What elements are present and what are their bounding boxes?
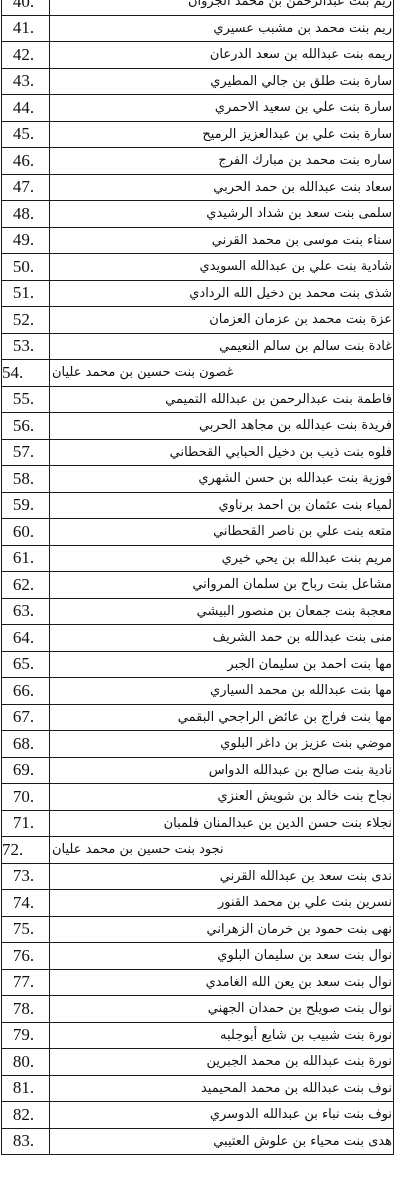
table-row: 65.مها بنت احمد بن سليمان الجبر: [2, 651, 394, 678]
row-number: 60.: [2, 519, 50, 546]
table-row: 83.هدى بنت محياء بن علوش العتيبي: [2, 1128, 394, 1155]
person-name-cell: منى بنت عبدالله بن حمد الشريف: [50, 625, 394, 652]
person-name-cell: مشاعل بنت رباح بن سلمان المرواني: [50, 572, 394, 599]
table-row: 62.مشاعل بنت رباح بن سلمان المرواني: [2, 572, 394, 599]
person-name-cell: نورة بنت عبدالله بن محمد الجبرين: [50, 1049, 394, 1076]
person-name-cell: سعاد بنت عبدالله بن حمد الحربي: [50, 174, 394, 201]
row-number: 68.: [2, 731, 50, 758]
table-row: 81.نوف بنت عبدالله بن محمد المحيميد: [2, 1075, 394, 1102]
person-name-cell: معجبة بنت جمعان بن منصور البيشي: [50, 598, 394, 625]
names-table-body: 40.ريم بنت عبدالرحمن بن محمد الجروان41.ر…: [2, 0, 394, 1155]
person-name-cell: فاطمة بنت عبدالرحمن بن عبدالله التميمي: [50, 386, 394, 413]
person-name-cell: نادية بنت صالح بن عبدالله الدواس: [50, 757, 394, 784]
row-number: 44.: [2, 95, 50, 122]
person-name-cell: موضي بنت عزيز بن داغر البلوي: [50, 731, 394, 758]
table-row: 68.موضي بنت عزيز بن داغر البلوي: [2, 731, 394, 758]
row-number: 72.: [2, 837, 50, 864]
person-name-cell: لمياء بنت عثمان بن احمد برناوي: [50, 492, 394, 519]
table-row: 66.مها بنت عبدالله بن محمد السياري: [2, 678, 394, 705]
table-row: 76.نوال بنت سعد بن سليمان البلوي: [2, 943, 394, 970]
table-row: 71.نجلاء بنت حسن الدين بن عبدالمنان فلمب…: [2, 810, 394, 837]
row-number: 64.: [2, 625, 50, 652]
table-row: 80.نورة بنت عبدالله بن محمد الجبرين: [2, 1049, 394, 1076]
row-number: 47.: [2, 174, 50, 201]
person-name-cell: سارة بنت علي بن سعيد الاحمري: [50, 95, 394, 122]
person-name-cell: نجاح بنت خالد بن شويش العنزي: [50, 784, 394, 811]
table-row: 43.سارة بنت طلق بن جالي المطيري: [2, 68, 394, 95]
person-name-cell: نورة بنت شبيب بن شايع أبوجلبه: [50, 1022, 394, 1049]
table-row: 45.سارة بنت علي بن عبدالعزيز الرميح: [2, 121, 394, 148]
person-name-cell: غصون بنت حسين بن محمد عليان: [50, 360, 394, 387]
row-number: 57.: [2, 439, 50, 466]
row-number: 63.: [2, 598, 50, 625]
person-name-cell: متعه بنت علي بن ناصر القحطاني: [50, 519, 394, 546]
row-number: 73.: [2, 863, 50, 890]
person-name-cell: فريدة بنت عبدالله بن مجاهد الحربي: [50, 413, 394, 440]
person-name-cell: سلمى بنت سعد بن شداد الرشيدي: [50, 201, 394, 228]
row-number: 40.: [2, 0, 50, 15]
table-row: 54.غصون بنت حسين بن محمد عليان: [2, 360, 394, 387]
row-number: 52.: [2, 307, 50, 334]
row-number: 75.: [2, 916, 50, 943]
person-name-cell: شادية بنت علي بن عبدالله السويدي: [50, 254, 394, 281]
table-row: 56.فريدة بنت عبدالله بن مجاهد الحربي: [2, 413, 394, 440]
row-number: 51.: [2, 280, 50, 307]
table-row: 57.فلوه بنت ذيب بن دخيل الحبابي القحطاني: [2, 439, 394, 466]
person-name-cell: مريم بنت عبدالله بن يحي خيري: [50, 545, 394, 572]
person-name-cell: نوال بنت سعد بن سليمان البلوي: [50, 943, 394, 970]
row-number: 80.: [2, 1049, 50, 1076]
person-name-cell: مها بنت فراج بن عائض الراجحي البقمي: [50, 704, 394, 731]
row-number: 82.: [2, 1102, 50, 1129]
table-row: 44.سارة بنت علي بن سعيد الاحمري: [2, 95, 394, 122]
row-number: 48.: [2, 201, 50, 228]
table-row: 63.معجبة بنت جمعان بن منصور البيشي: [2, 598, 394, 625]
person-name-cell: نوال بنت صويلح بن حمدان الجهني: [50, 996, 394, 1023]
row-number: 53.: [2, 333, 50, 360]
table-row: 42.ريمه بنت عبدالله بن سعد الدرعان: [2, 42, 394, 69]
row-number: 43.: [2, 68, 50, 95]
table-row: 53.غادة بنت سالم بن سالم النعيمي: [2, 333, 394, 360]
row-number: 65.: [2, 651, 50, 678]
person-name: غصون بنت حسين بن محمد عليان: [52, 365, 233, 380]
table-row: 61.مريم بنت عبدالله بن يحي خيري: [2, 545, 394, 572]
table-row: 64.منى بنت عبدالله بن حمد الشريف: [2, 625, 394, 652]
row-number: 77.: [2, 969, 50, 996]
table-row: 79.نورة بنت شبيب بن شايع أبوجلبه: [2, 1022, 394, 1049]
row-number: 54.: [2, 360, 50, 387]
person-name-cell: سارة بنت علي بن عبدالعزيز الرميح: [50, 121, 394, 148]
table-row: 55.فاطمة بنت عبدالرحمن بن عبدالله التميم…: [2, 386, 394, 413]
person-name-cell: سارة بنت طلق بن جالي المطيري: [50, 68, 394, 95]
person-name-cell: عزة بنت محمد بن عزمان العزمان: [50, 307, 394, 334]
table-row: 59.لمياء بنت عثمان بن احمد برناوي: [2, 492, 394, 519]
person-name-cell: ريم بنت عبدالرحمن بن محمد الجروان: [50, 0, 394, 15]
person-name-cell: فلوه بنت ذيب بن دخيل الحبابي القحطاني: [50, 439, 394, 466]
row-number: 83.: [2, 1128, 50, 1155]
table-row: 74.نسرين بنت علي بن محمد القنور: [2, 890, 394, 917]
row-number: 50.: [2, 254, 50, 281]
row-number: 67.: [2, 704, 50, 731]
table-row: 72.نجود بنت حسين بن محمد عليان: [2, 837, 394, 864]
person-name-cell: نسرين بنت علي بن محمد القنور: [50, 890, 394, 917]
row-number: 71.: [2, 810, 50, 837]
table-row: 47.سعاد بنت عبدالله بن حمد الحربي: [2, 174, 394, 201]
person-name-cell: ندى بنت سعد بن عبدالله القرني: [50, 863, 394, 890]
table-row: 75.نهى بنت حمود بن خرمان الزهراني: [2, 916, 394, 943]
row-number: 46.: [2, 148, 50, 175]
person-name-cell: ريمه بنت عبدالله بن سعد الدرعان: [50, 42, 394, 69]
row-number: 74.: [2, 890, 50, 917]
table-row: 73.ندى بنت سعد بن عبدالله القرني: [2, 863, 394, 890]
table-row: 52.عزة بنت محمد بن عزمان العزمان: [2, 307, 394, 334]
row-number: 69.: [2, 757, 50, 784]
row-number: 49.: [2, 227, 50, 254]
person-name-cell: سناء بنت موسى بن محمد القرني: [50, 227, 394, 254]
row-number: 76.: [2, 943, 50, 970]
table-row: 82.نوف بنت نباء بن عبدالله الدوسري: [2, 1102, 394, 1129]
person-name: نجود بنت حسين بن محمد عليان: [52, 842, 224, 857]
names-table-container: 40.ريم بنت عبدالرحمن بن محمد الجروان41.ر…: [1, 0, 394, 1155]
person-name-cell: مها بنت عبدالله بن محمد السياري: [50, 678, 394, 705]
table-row: 67.مها بنت فراج بن عائض الراجحي البقمي: [2, 704, 394, 731]
row-number: 41.: [2, 15, 50, 42]
person-name-cell: مها بنت احمد بن سليمان الجبر: [50, 651, 394, 678]
table-row: 41.ريم بنت محمد بن مشبب عسيري: [2, 15, 394, 42]
row-number: 59.: [2, 492, 50, 519]
names-table: 40.ريم بنت عبدالرحمن بن محمد الجروان41.ر…: [1, 0, 394, 1155]
row-number: 70.: [2, 784, 50, 811]
table-row: 49.سناء بنت موسى بن محمد القرني: [2, 227, 394, 254]
row-number: 79.: [2, 1022, 50, 1049]
table-row: 50.شادية بنت علي بن عبدالله السويدي: [2, 254, 394, 281]
table-row: 40.ريم بنت عبدالرحمن بن محمد الجروان: [2, 0, 394, 15]
person-name-cell: نهى بنت حمود بن خرمان الزهراني: [50, 916, 394, 943]
person-name-cell: فوزية بنت عبدالله بن حسن الشهري: [50, 466, 394, 493]
person-name-cell: نوف بنت نباء بن عبدالله الدوسري: [50, 1102, 394, 1129]
person-name-cell: نجلاء بنت حسن الدين بن عبدالمنان فلمبان: [50, 810, 394, 837]
person-name-cell: نوف بنت عبدالله بن محمد المحيميد: [50, 1075, 394, 1102]
table-row: 78.نوال بنت صويلح بن حمدان الجهني: [2, 996, 394, 1023]
row-number: 56.: [2, 413, 50, 440]
row-number: 55.: [2, 386, 50, 413]
row-number: 66.: [2, 678, 50, 705]
row-number: 78.: [2, 996, 50, 1023]
table-row: 58.فوزية بنت عبدالله بن حسن الشهري: [2, 466, 394, 493]
row-number: 42.: [2, 42, 50, 69]
table-row: 60.متعه بنت علي بن ناصر القحطاني: [2, 519, 394, 546]
table-row: 69.نادية بنت صالح بن عبدالله الدواس: [2, 757, 394, 784]
table-row: 51.شذى بنت محمد بن دخيل الله الردادي: [2, 280, 394, 307]
table-row: 46.ساره بنت محمد بن مبارك الفرج: [2, 148, 394, 175]
table-row: 70.نجاح بنت خالد بن شويش العنزي: [2, 784, 394, 811]
person-name-cell: نجود بنت حسين بن محمد عليان: [50, 837, 394, 864]
person-name-cell: ريم بنت محمد بن مشبب عسيري: [50, 15, 394, 42]
person-name-cell: نوال بنت سعد بن يعن الله الغامدي: [50, 969, 394, 996]
row-number: 62.: [2, 572, 50, 599]
person-name-cell: ساره بنت محمد بن مبارك الفرج: [50, 148, 394, 175]
table-row: 48.سلمى بنت سعد بن شداد الرشيدي: [2, 201, 394, 228]
person-name-cell: شذى بنت محمد بن دخيل الله الردادي: [50, 280, 394, 307]
row-number: 61.: [2, 545, 50, 572]
person-name-cell: غادة بنت سالم بن سالم النعيمي: [50, 333, 394, 360]
row-number: 45.: [2, 121, 50, 148]
person-name-cell: هدى بنت محياء بن علوش العتيبي: [50, 1128, 394, 1155]
row-number: 58.: [2, 466, 50, 493]
row-number: 81.: [2, 1075, 50, 1102]
table-row: 77.نوال بنت سعد بن يعن الله الغامدي: [2, 969, 394, 996]
